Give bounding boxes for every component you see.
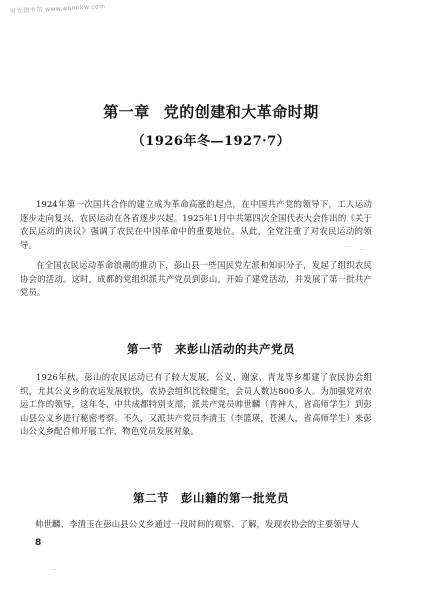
- watermark: 时光图书馆 www.ebookw.com: [10, 1, 106, 15]
- section-title-text: 来彭山活动的共产党员: [175, 342, 295, 356]
- paragraph-text: 1924年第一次国共合作的建立成为革命高涨的起点，在中国共产党的领导下，工人运动…: [20, 199, 372, 250]
- paragraph-text: 帅世麟、李清玉在彭山县公义乡通过一段时间的观察、了解，发现农协会的主要领导人: [35, 519, 359, 529]
- page-number: 8: [35, 538, 41, 548]
- section-2-title: 第二节彭山籍的第一批党员: [0, 490, 422, 506]
- intro-paragraph-1: 1924年第一次国共合作的建立成为革命高涨的起点，在中国共产党的领导下，工人运动…: [20, 198, 372, 252]
- section-1-paragraph-1: 1926年秋，彭山的农民运动已有了较大发展，公义、谢家、青龙等乡都建了农民协会组…: [20, 371, 372, 439]
- section-2-paragraph-1: 帅世麟、李清玉在彭山县公义乡通过一段时间的观察、了解，发现农协会的主要领导人: [35, 518, 380, 532]
- chapter-title-text: 党的创建和大革命时期: [164, 103, 319, 121]
- section-title-text: 彭山籍的第一批党员: [181, 491, 289, 505]
- section-number: 第一节: [127, 342, 163, 356]
- chapter-title: 第一章党的创建和大革命时期: [0, 101, 422, 122]
- scan-speck: [54, 569, 56, 570]
- section-number: 第二节: [133, 491, 169, 505]
- intro-paragraph-2: 在全国农民运动革命浪潮的推动下，彭山县一些国民党左派和知识分子，发起了组织农民协…: [20, 259, 372, 300]
- scan-speck: [348, 246, 350, 247]
- section-1-title: 第一节来彭山活动的共产党员: [0, 341, 422, 357]
- paragraph-text: 在全国农民运动革命浪潮的推动下，彭山县一些国民党左派和知识分子，发起了组织农民协…: [20, 260, 372, 297]
- paragraph-text: 1926年秋，彭山的农民运动已有了较大发展，公义、谢家、青龙等乡都建了农民协会组…: [20, 372, 372, 436]
- scan-speck: [360, 249, 362, 250]
- chapter-number: 第一章: [103, 103, 150, 121]
- chapter-subtitle: （1926年冬—1927·7）: [0, 130, 422, 149]
